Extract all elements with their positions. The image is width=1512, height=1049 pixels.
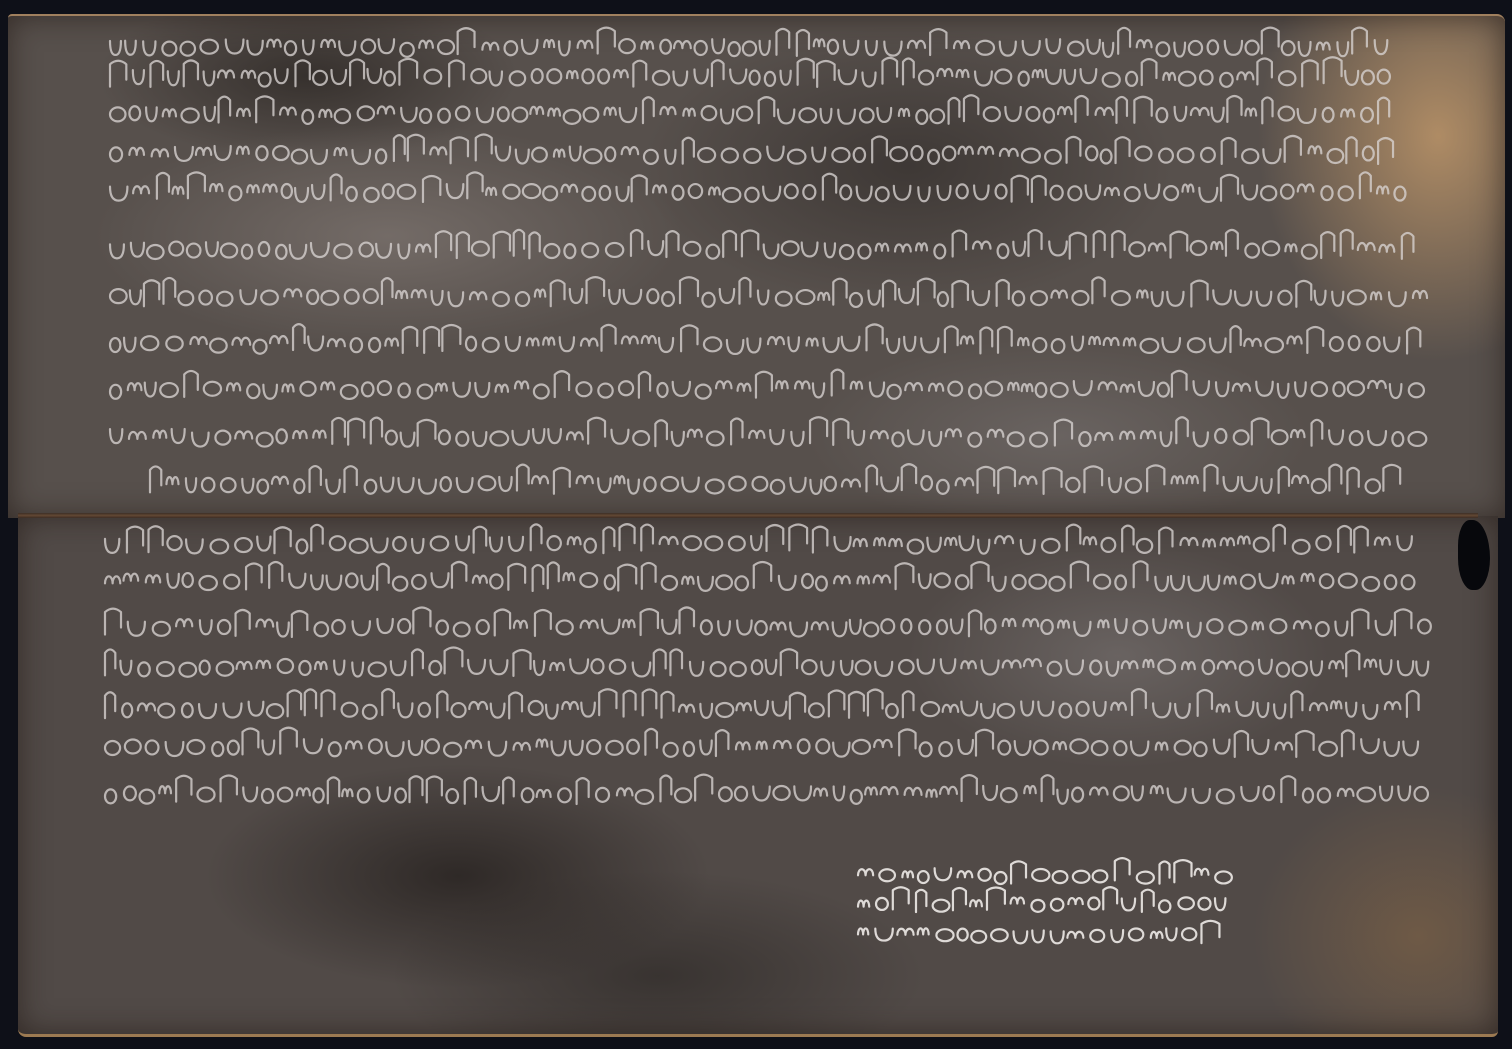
fold-crease <box>18 513 1478 518</box>
manuscript-lower-panel <box>18 516 1498 1037</box>
manuscript-upper-panel <box>8 14 1505 518</box>
